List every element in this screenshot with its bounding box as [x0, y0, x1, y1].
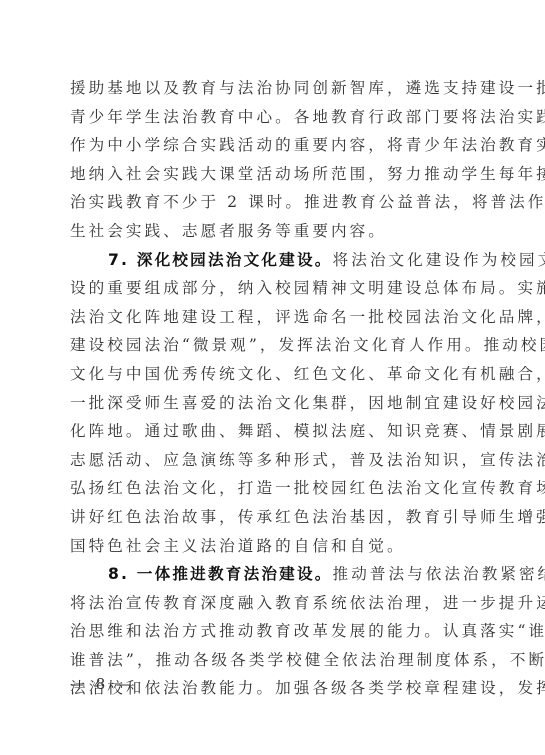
section-8-first-line: 8. 一体推进教育法治建设。推动普法与依法治教紧密结合， — [70, 560, 484, 589]
paragraph-line: 法治文化阵地建设工程，评选命名一批校园法治文化品牌，推动 — [70, 303, 484, 332]
document-body: 援助基地以及教育与法治协同创新智库，遴选支持建设一批省级 青少年学生法治教育中心… — [70, 74, 484, 703]
paragraph-line: 援助基地以及教育与法治协同创新智库，遴选支持建设一批省级 — [70, 74, 484, 103]
paragraph-line: 志愿活动、应急演练等多种形式，普及法治知识，宣传法治精神。 — [70, 446, 484, 475]
paragraph-line: 治思维和法治方式推动教育改革发展的能力。认真落实“谁执法 — [70, 617, 484, 646]
paragraph-line: 谁普法”，推动各级各类学校健全依法治理制度体系，不断提升依 — [70, 646, 484, 675]
paragraph-line: 文化与中国优秀传统文化、红色文化、革命文化有机融合，形成 — [70, 360, 484, 389]
paragraph-line: 设的重要组成部分，纳入校园精神文明建设总体布局。实施校园 — [70, 274, 484, 303]
paragraph-line: 一批深受师生喜爱的法治文化集群，因地制宜建设好校园法治文 — [70, 389, 484, 418]
paragraph-line: 化阵地。通过歌曲、舞蹈、模拟法庭、知识竞赛、情景剧展演、 — [70, 417, 484, 446]
section-8-text: 推动普法与依法治教紧密结合， — [333, 565, 545, 583]
section-7-text: 将法治文化建设作为校园文化建 — [333, 251, 545, 269]
paragraph-line: 生社会实践、志愿者服务等重要内容。 — [70, 217, 484, 246]
paragraph-line: 建设校园法治“微景观”，发挥法治文化育人作用。推动校园法治 — [70, 331, 484, 360]
paragraph-line: 弘扬红色法治文化，打造一批校园红色法治文化宣传教育场馆， — [70, 474, 484, 503]
section-8-heading: 8. 一体推进教育法治建设。 — [108, 565, 333, 583]
document-page: 援助基地以及教育与法治协同创新智库，遴选支持建设一批省级 青少年学生法治教育中心… — [0, 0, 545, 755]
paragraph-line: 地纳入社会实践大课堂活动场所范围，努力推动学生每年接受法 — [70, 160, 484, 189]
paragraph-line: 讲好红色法治故事，传承红色法治基因，教育引导师生增强走中 — [70, 503, 484, 532]
paragraph-line: 国特色社会主义法治道路的自信和自觉。 — [70, 532, 484, 561]
page-number: — 8 — — [70, 675, 134, 693]
paragraph-line: 将法治宣传教育深度融入教育系统依法治理，进一步提升运用法 — [70, 589, 484, 618]
paragraph-line: 青少年学生法治教育中心。各地教育行政部门要将法治实践教育 — [70, 103, 484, 132]
section-7-heading: 7. 深化校园法治文化建设。 — [108, 251, 333, 269]
paragraph-line: 治实践教育不少于 2 课时。推进教育公益普法，将普法作为大学 — [70, 188, 484, 217]
paragraph-line: 作为中小学综合实践活动的重要内容，将青少年法治教育实践基 — [70, 131, 484, 160]
section-7-first-line: 7. 深化校园法治文化建设。将法治文化建设作为校园文化建 — [70, 246, 484, 275]
